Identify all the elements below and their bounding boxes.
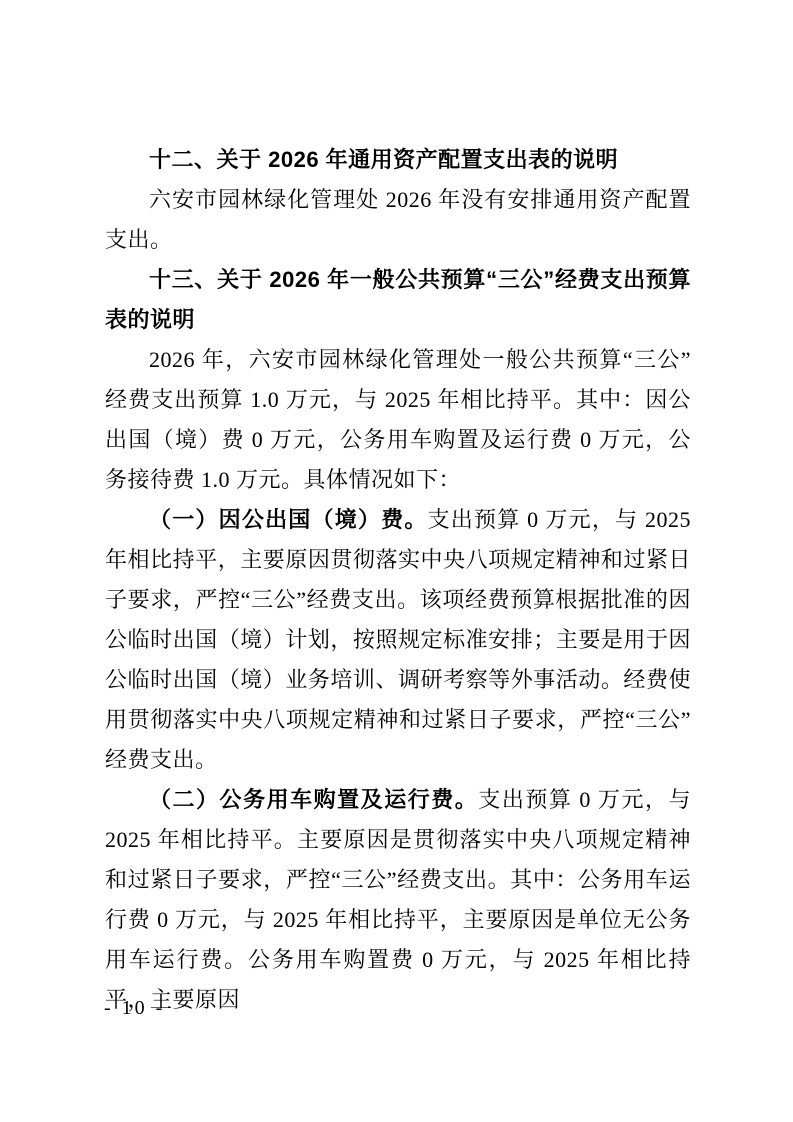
paragraph-abroad-fee-body: 支出预算 0 万元，与 2025 年相比持平，主要原因贯彻落实中央八项规定精神和… [105,507,691,772]
paragraph-vehicle-fee-lead: （二）公务用车购置及运行费。 [149,787,478,812]
section-heading-13-sangong-budget: 十三、关于 2026 年一般公共预算“三公”经费支出预算表的说明 [105,260,691,340]
paragraph-vehicle-fee: （二）公务用车购置及运行费。支出预算 0 万元，与 2025 年相比持平。主要原… [105,780,691,1020]
document-page: 十二、关于 2026 年通用资产配置支出表的说明 六安市园林绿化管理处 2026… [0,0,793,1122]
paragraph-abroad-fee: （一）因公出国（境）费。支出预算 0 万元，与 2025 年相比持平，主要原因贯… [105,500,691,780]
page-number: - 10 - [104,995,165,1021]
paragraph-sangong-overview: 2026 年，六安市园林绿化管理处一般公共预算“三公”经费支出预算 1.0 万元… [105,340,691,500]
paragraph-asset-config-statement: 六安市园林绿化管理处 2026 年没有安排通用资产配置支出。 [105,180,691,260]
section-heading-12-asset-config: 十二、关于 2026 年通用资产配置支出表的说明 [105,140,691,180]
paragraph-abroad-fee-lead: （一）因公出国（境）费。 [149,507,428,532]
document-content: 十二、关于 2026 年通用资产配置支出表的说明 六安市园林绿化管理处 2026… [105,140,691,1020]
paragraph-vehicle-fee-body: 支出预算 0 万元，与 2025 年相比持平。主要原因是贯彻落实中央八项规定精神… [105,787,691,1012]
